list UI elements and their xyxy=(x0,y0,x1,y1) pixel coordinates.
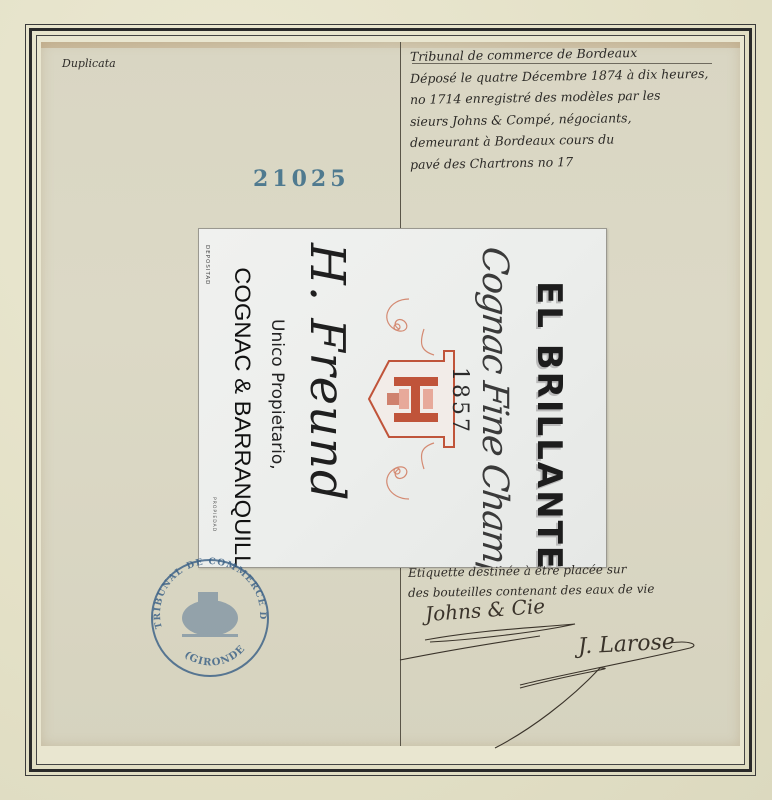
court-seal-icon: TRIBUNAL DE COMMERCE DE BORDEAUX (GIROND… xyxy=(148,556,273,681)
registry-note: Tribunal de commerce de Bordeaux Déposé … xyxy=(410,46,710,175)
registration-number-stamp: 21025 xyxy=(253,166,350,192)
label-product: Cognac Fine Champagne xyxy=(474,245,515,568)
label-brand: EL BRILLANTE xyxy=(529,281,569,568)
label-proprietor-name: H. Freund xyxy=(299,243,355,502)
registry-line: pavé des Chartrons no 17 xyxy=(410,148,710,175)
hf-monogram-icon xyxy=(349,289,459,509)
label-year: 1857 xyxy=(447,367,472,435)
label-small-print-bottom: PROPIEDAD xyxy=(211,497,216,532)
duplicata-annotation: Duplicata xyxy=(62,57,116,70)
label-proprietor-title: Unico Propietario, xyxy=(267,319,287,470)
label-small-print-top: DEPOSITAD xyxy=(204,245,210,285)
label-locations: COGNAC & BARRANQUILLA xyxy=(229,267,255,568)
cognac-label: DEPOSITAD COGNAC & BARRANQUILLA Unico Pr… xyxy=(198,228,607,568)
signature-larose: J. Larose xyxy=(577,629,675,659)
